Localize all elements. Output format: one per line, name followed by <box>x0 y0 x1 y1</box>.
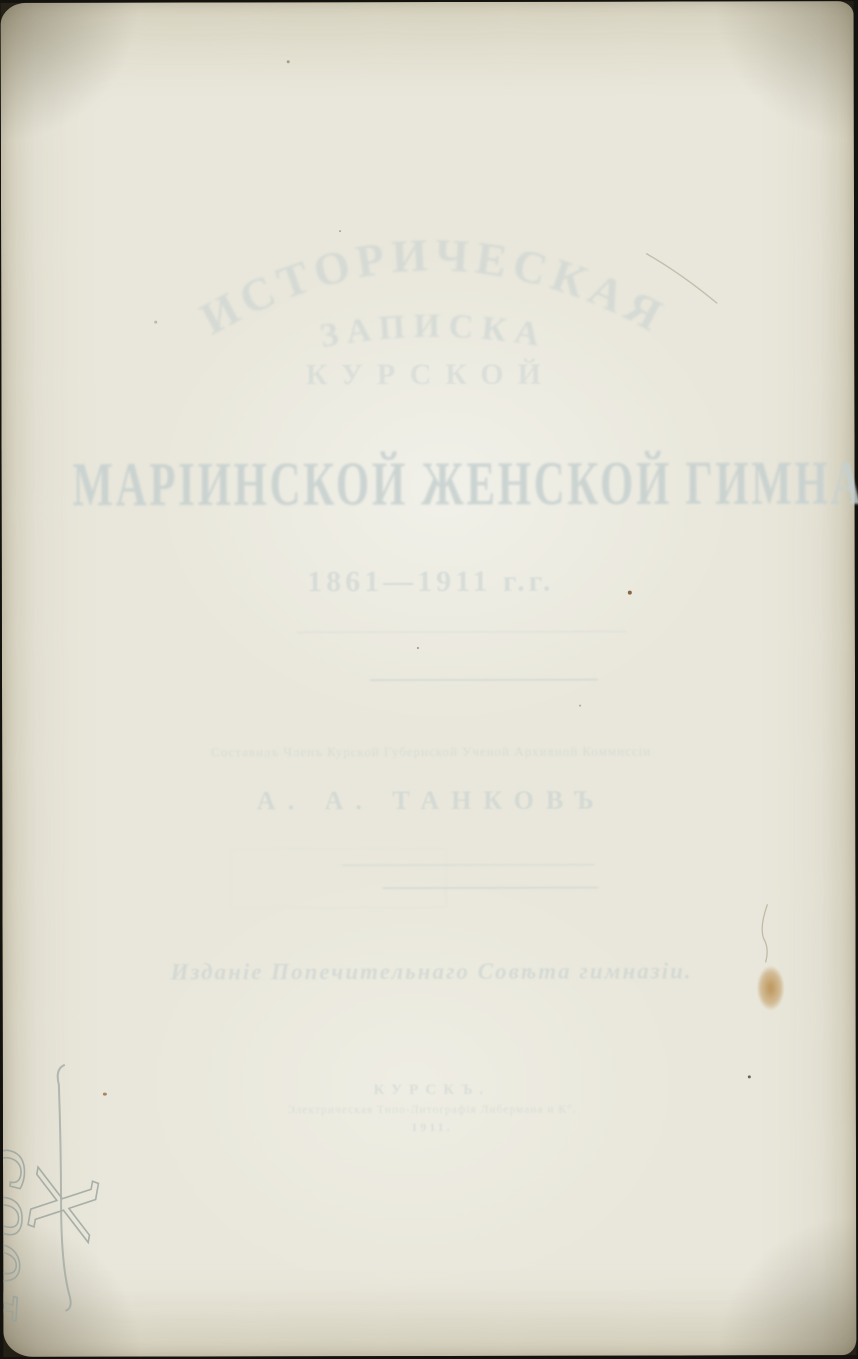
paper-speck <box>339 230 341 232</box>
showthrough-credential-line: Составилъ Членъ Курской Губернской Учено… <box>2 743 858 761</box>
scan-background: ИСТОРИЧЕСКАЯ ЗАПИСКА КУРСКОЙ МАРІИНСКОЙ … <box>0 0 858 1359</box>
paper-speck <box>103 1093 107 1096</box>
showthrough-main-title: МАРІИНСКОЙ ЖЕНСКОЙ ГИМНАЗІИ <box>2 453 858 513</box>
corner-shadow-bottom-right <box>716 1215 856 1355</box>
corner-shadow-top-right <box>714 1 854 141</box>
showthrough-imprint-printer: Электрическая Типо-Литографія Либермана … <box>3 1103 858 1117</box>
showthrough-imprint-city: КУРСКЪ. <box>3 1081 858 1100</box>
showthrough-main-title-text: МАРІИНСКОЙ ЖЕНСКОЙ ГИМНАЗІИ <box>72 446 858 520</box>
showthrough-author-name: А. А. ТАНКОВЪ <box>2 785 858 817</box>
showthrough-edition-line: Изданіе Попечительнаго Совѣта гимназіи. <box>3 958 858 986</box>
book-flyleaf-page: ИСТОРИЧЕСКАЯ ЗАПИСКА КУРСКОЙ МАРІИНСКОЙ … <box>1 1 857 1357</box>
corner-shadow-bottom-left <box>3 1217 143 1357</box>
paper-speck <box>748 1075 751 1078</box>
corner-shadow-top-left <box>1 3 141 143</box>
paper-speck <box>287 60 290 63</box>
svg-text:ЗАПИСКА: ЗАПИСКА <box>317 308 550 356</box>
pencil-shelf-number: 4683 <box>1 1139 42 1335</box>
paper-speck <box>579 705 581 707</box>
showthrough-arc-title: ИСТОРИЧЕСКАЯ ЗАПИСКА <box>1 171 858 433</box>
showthrough-city-word: КУРСКОЙ <box>1 357 858 393</box>
showthrough-imprint-year: 1911. <box>3 1119 858 1136</box>
paper-speck <box>628 591 632 595</box>
showthrough-rule-divider <box>370 679 598 681</box>
paper-stain <box>753 953 789 1011</box>
showthrough-arc-word-2: ЗАПИСКА <box>317 308 550 356</box>
paper-speck <box>154 321 157 324</box>
pencil-stroke-divider <box>58 1065 71 1311</box>
paper-speck <box>417 647 419 649</box>
showthrough-rule-ornament <box>297 631 627 634</box>
pencil-shelf-letter: х <box>1 1157 129 1248</box>
showthrough-years-line: 1861—1911 г.г. <box>2 564 858 600</box>
showthrough-stamp-box-outline <box>230 848 446 908</box>
